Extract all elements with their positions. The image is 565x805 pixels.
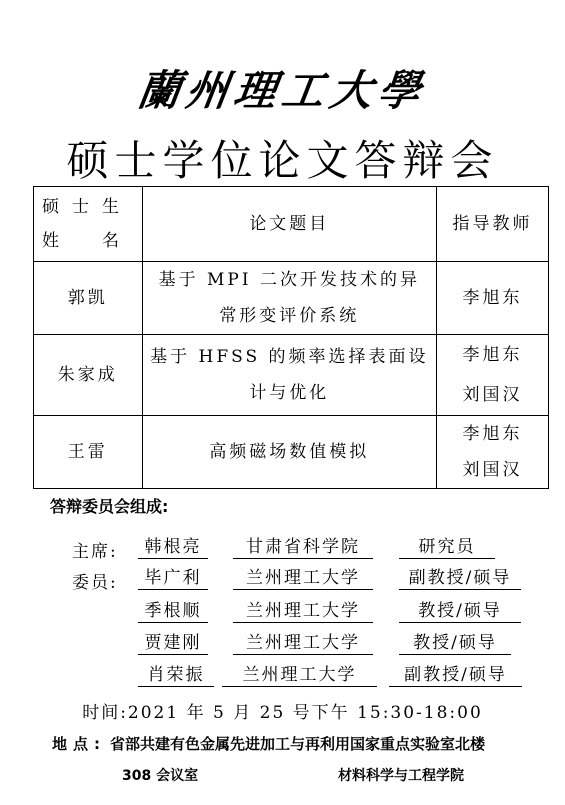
header-advisor: 指导教师 <box>437 187 549 262</box>
member-name: 毕广利 <box>138 567 208 590</box>
thesis-line: 高频磁场数值模拟 <box>143 434 437 470</box>
student-name: 王雷 <box>34 416 143 489</box>
university-name: 蘭州理工大學 <box>0 58 565 118</box>
committee-member-row: 贾建刚 兰州理工大学 教授/硕导 <box>0 632 565 656</box>
table-row: 朱家成 基于 HFSS 的频率选择表面设计与优化 李旭东刘国汉 <box>34 335 549 416</box>
header-char: 名 <box>102 224 122 258</box>
member-org: 甘肃省科学院 <box>233 536 373 559</box>
header-char: 硕 <box>42 190 62 224</box>
student-name: 朱家成 <box>34 335 143 416</box>
student-name: 郭凯 <box>34 262 143 335</box>
advisor-line: 李旭东 <box>437 335 548 375</box>
chair-label: 主席: <box>72 537 118 562</box>
thesis-line: 常形变评价系统 <box>143 298 437 334</box>
member-title: 副教授/硕导 <box>389 664 522 687</box>
member-name: 肖荣振 <box>138 664 214 687</box>
thesis-line: 基于 MPI 二次开发技术的异 <box>143 262 437 298</box>
member-title: 研究员 <box>399 536 495 559</box>
member-label: 委员: <box>72 568 118 593</box>
place-label: 地点: <box>52 735 106 753</box>
member-name: 季根顺 <box>138 600 208 623</box>
member-org: 兰州理工大学 <box>222 664 377 687</box>
member-title: 教授/硕导 <box>399 600 521 623</box>
thesis-title: 高频磁场数值模拟 <box>142 416 437 489</box>
advisor: 李旭东 <box>437 262 549 335</box>
member-org: 兰州理工大学 <box>233 600 373 623</box>
place-line1: 省部共建有色金属先进加工与再利用国家重点实验室北楼 <box>110 735 485 753</box>
advisor: 李旭东刘国汉 <box>437 416 549 489</box>
header-student-name: 硕士生 姓名 <box>34 187 143 262</box>
member-org: 兰州理工大学 <box>233 567 373 590</box>
committee-member-row: 季根顺 兰州理工大学 教授/硕导 <box>0 600 565 624</box>
committee-member-row: 肖荣振 兰州理工大学 副教授/硕导 <box>0 664 565 688</box>
advisor-line: 李旭东 <box>437 416 548 452</box>
advisor-line: 刘国汉 <box>437 452 548 488</box>
member-title: 教授/硕导 <box>399 632 511 655</box>
defense-place: 地点:省部共建有色金属先进加工与再利用国家重点实验室北楼 <box>52 733 485 754</box>
header-char: 生 <box>102 190 122 224</box>
committee-chair-row: 主席: 韩根亮 甘肃省科学院 研究员 <box>0 536 565 560</box>
member-org: 兰州理工大学 <box>233 632 373 655</box>
defense-time: 时间:2021 年 5 月 25 号下午 15:30-18:00 <box>0 698 565 723</box>
header-char: 姓 <box>42 224 62 258</box>
page-title: 硕士学位论文答辩会 <box>0 128 565 188</box>
thesis-title: 基于 MPI 二次开发技术的异常形变评价系统 <box>142 262 437 335</box>
advisor-line: 李旭东 <box>437 280 548 316</box>
member-name: 贾建刚 <box>138 632 208 655</box>
place-school: 材料科学与工程学院 <box>338 765 464 785</box>
member-title: 副教授/硕导 <box>399 567 521 590</box>
thesis-line: 基于 HFSS 的频率选择表面设 <box>143 339 437 375</box>
place-room: 308 会议室 <box>122 765 198 785</box>
member-name: 韩根亮 <box>138 536 208 559</box>
advisor-line: 刘国汉 <box>437 375 548 415</box>
table-row: 郭凯 基于 MPI 二次开发技术的异常形变评价系统 李旭东 <box>34 262 549 335</box>
defense-table: 硕士生 姓名 论文题目 指导教师 郭凯 基于 MPI 二次开发技术的异常形变评价… <box>33 186 549 489</box>
committee-heading: 答辩委员会组成: <box>50 494 168 517</box>
thesis-line: 计与优化 <box>143 375 437 411</box>
table-row: 王雷 高频磁场数值模拟 李旭东刘国汉 <box>34 416 549 489</box>
header-thesis: 论文题目 <box>142 187 437 262</box>
header-char: 士 <box>72 190 92 224</box>
committee-member-row: 委员: 毕广利 兰州理工大学 副教授/硕导 <box>0 567 565 591</box>
table-header-row: 硕士生 姓名 论文题目 指导教师 <box>34 187 549 262</box>
thesis-title: 基于 HFSS 的频率选择表面设计与优化 <box>142 335 437 416</box>
advisor: 李旭东刘国汉 <box>437 335 549 416</box>
